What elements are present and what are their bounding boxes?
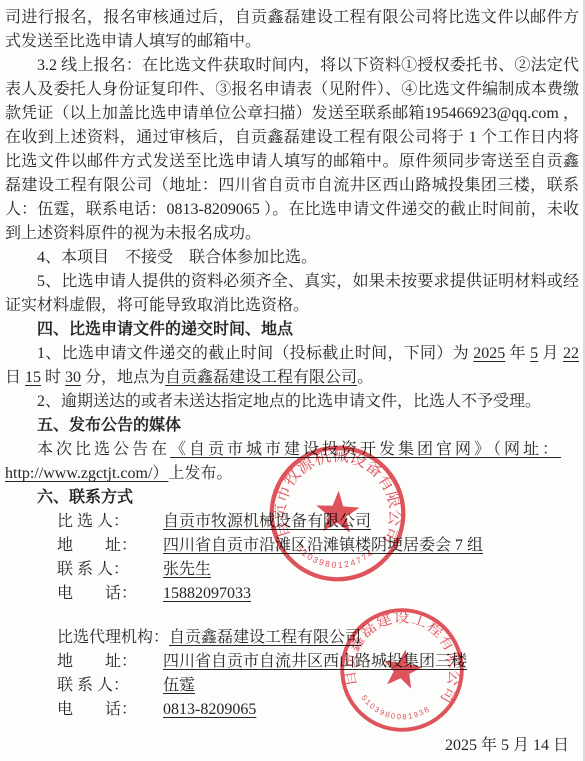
text-run: 15 — [25, 369, 41, 386]
section-4-deadline: 1、比选申请文件递交的截止时间（投标截止时间，下同）为 2025 年 5 月 2… — [5, 342, 579, 390]
bidder-address: 四川省自贡市沿滩区沿滩镇楼阴埂居委会 7 组 — [163, 537, 483, 554]
agent-address: 四川省自贡市自流井区西山路城投集团三楼 — [163, 653, 467, 670]
agent-address-row: 地 址：四川省自贡市自流井区西山路城投集团三楼 — [57, 650, 579, 674]
section-6-heading: 六、联系方式 — [5, 486, 579, 510]
item-4-no-consortium: 4、本项目 不接受 联合体参加比选。 — [5, 246, 579, 270]
bidder-phone: 15882097033 — [163, 585, 251, 602]
text-run: 30 — [65, 369, 81, 386]
contact-label: 电 话： — [57, 582, 163, 606]
text-run: 司进行报名，报名审核通过后，自贡鑫磊建设工程有限公司将比选文件以邮件方式发送至比… — [5, 9, 579, 50]
text-run: 月 — [538, 345, 563, 362]
text-run: 5 — [530, 345, 538, 362]
bidder-address-row: 地 址：四川省自贡市沿滩区沿滩镇楼阴埂居委会 7 组 — [57, 534, 579, 558]
bidder-contact-person-row: 联 系 人：张先生 — [57, 558, 579, 582]
contact-label: 联 系 人： — [57, 674, 163, 698]
text-run: 自贡鑫磊建设工程有限公司 — [165, 369, 357, 386]
text-run: 分，地点为 — [81, 369, 165, 386]
contact-label: 地 址： — [57, 650, 163, 674]
paragraph-registration-continuation: 司进行报名，报名审核通过后，自贡鑫磊建设工程有限公司将比选文件以邮件方式发送至比… — [5, 6, 579, 54]
section-5-heading: 五、发布公告的媒体 — [5, 414, 579, 438]
bidder-phone-row: 电 话：15882097033 — [57, 582, 579, 606]
text-run: 上发布。 — [168, 465, 232, 482]
text-run: 5、比选申请人提供的资料必须齐全、真实，如果未按要求提供证明材料或经证实材料虚假… — [5, 273, 579, 314]
contact-label: 电 话： — [57, 698, 163, 722]
text-run: 4、本项目 不接受 联合体参加比选。 — [37, 249, 317, 266]
item-5-materials-truthful: 5、比选申请人提供的资料必须齐全、真实，如果未按要求提供证明材料或经证实材料虚假… — [5, 270, 579, 318]
announcement-document: 司进行报名，报名审核通过后，自贡鑫磊建设工程有限公司将比选文件以邮件方式发送至比… — [0, 0, 585, 758]
text-run: 。 — [357, 369, 373, 386]
contact-label: 地 址： — [57, 534, 163, 558]
text-run: 2、逾期送达的或者未送达指定地点的比选申请文件，比选人不予受理。 — [37, 393, 541, 410]
agent-contact-person: 伍霆 — [163, 677, 195, 694]
agent-contact-person-row: 联 系 人：伍霆 — [57, 674, 579, 698]
agent-company-name: 自贡鑫磊建设工程有限公司 — [169, 629, 361, 646]
agent-phone-row: 电 话：0813-8209065 — [57, 698, 579, 722]
bidder-company-name: 自贡市牧源机械设备有限公司 — [163, 513, 371, 530]
text-run: 日 — [5, 369, 25, 386]
text-run: http://www.zgctjt.com/） — [5, 465, 168, 482]
text-run: 1、比选申请文件递交的截止时间（投标截止时间，下同）为 — [37, 345, 473, 362]
bidder-name-row: 比 选 人：自贡市牧源机械设备有限公司 — [57, 510, 579, 534]
text-run: 《自贡市城市建设投资开发集团官网》（网址： — [170, 441, 561, 458]
text-run: 2025 — [473, 345, 505, 362]
text-run: 22 — [563, 345, 579, 362]
contact-label: 比 选 人： — [57, 510, 163, 534]
text-run: 年 — [505, 345, 530, 362]
bidder-contact-block: 比 选 人：自贡市牧源机械设备有限公司 地 址：四川省自贡市沿滩区沿滩镇楼阴埂居… — [57, 510, 579, 606]
section-5-media-announcement: 本次比选公告在《自贡市城市建设投资开发集团官网》（网址：http://www.z… — [5, 438, 579, 486]
paragraph-online-signup-3-2: 3.2 线上报名：在比选文件获取时间内，将以下资料①授权委托书、②法定代表人及委… — [5, 54, 579, 246]
agent-name-row: 比选代理机构：自贡鑫磊建设工程有限公司 — [57, 626, 579, 650]
section-4-heading: 四、比选申请文件的递交时间、地点 — [5, 318, 579, 342]
bidder-contact-person: 张先生 — [163, 561, 211, 578]
text-run: 时 — [41, 369, 65, 386]
contact-label: 联 系 人： — [57, 558, 163, 582]
section-4-late-delivery: 2、逾期送达的或者未送达指定地点的比选申请文件，比选人不予受理。 — [5, 390, 579, 414]
agent-contact-block: 比选代理机构：自贡鑫磊建设工程有限公司 地 址：四川省自贡市自流井区西山路城投集… — [57, 626, 579, 722]
document-date: 2025 年 5 月 14 日 — [5, 734, 579, 758]
contact-label: 比选代理机构： — [57, 626, 169, 650]
scanned-announcement-page: { "colors":{ "paper":"#fdfdfc", "text_in… — [0, 0, 585, 761]
text-run: 本次比选公告在 — [37, 441, 170, 458]
agent-phone: 0813-8209065 — [163, 701, 256, 718]
text-run: 3.2 线上报名：在比选文件获取时间内，将以下资料①授权委托书、②法定代表人及委… — [5, 57, 579, 242]
